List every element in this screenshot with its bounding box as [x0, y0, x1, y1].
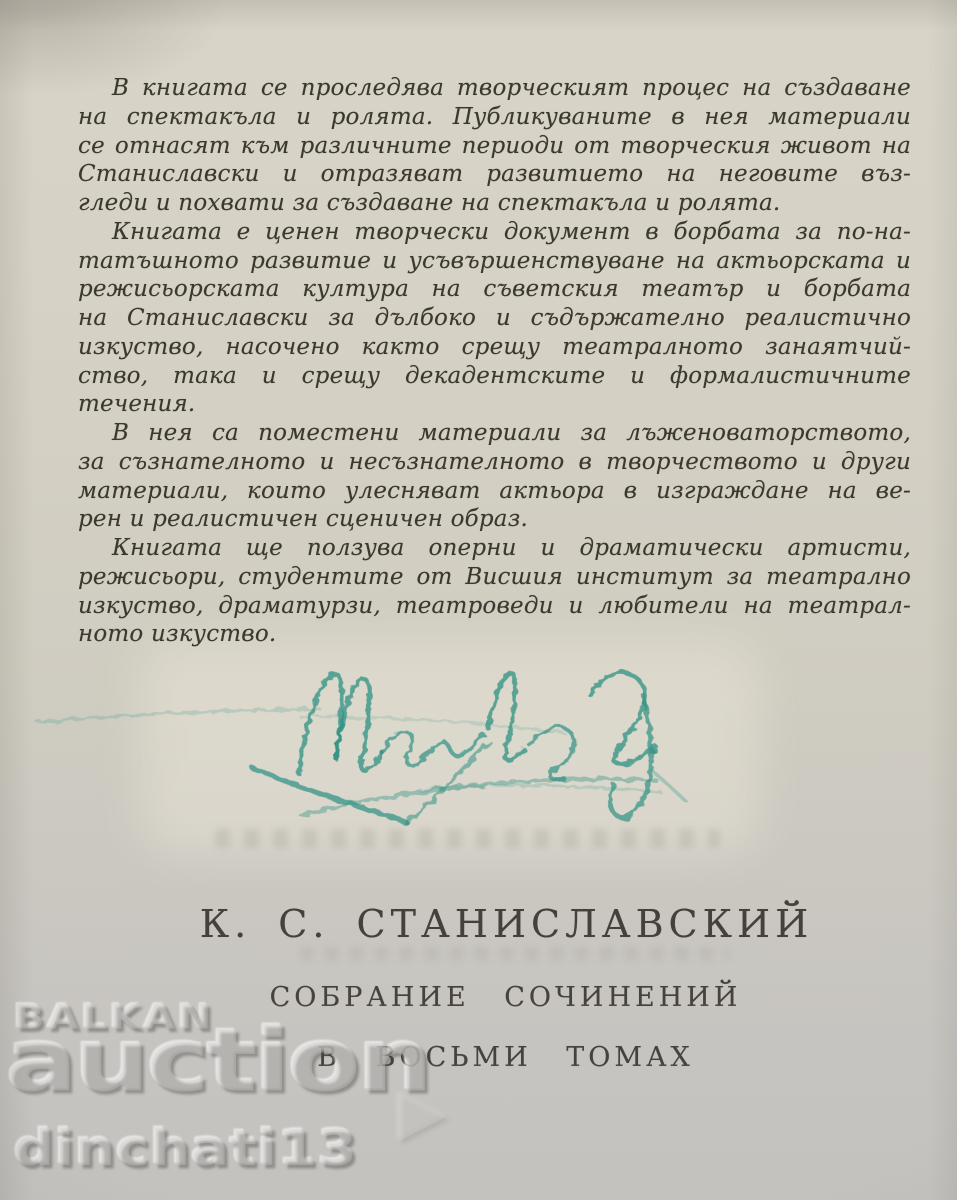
text-line: В книгата се проследява творческият проц… [78, 74, 911, 103]
text-line: на Станиславски за дълбоко и съдържателн… [78, 304, 911, 333]
annotation-text-block: В книгата се проследява творческият проц… [78, 74, 911, 649]
text-line: Станиславски и отразяват развитието на н… [78, 160, 911, 189]
text-line: режисьори, студентите от Висшия институт… [78, 563, 911, 592]
show-through-smudge [300, 947, 730, 960]
text-line: изкуство, драматурзи, театроведи и любит… [78, 592, 911, 621]
text-line: за съзнателното и несъзнателното в творч… [78, 448, 911, 477]
series-title-line2: В ВОСЬМИ ТОМАХ [27, 1042, 957, 1073]
handwritten-signature [18, 639, 712, 866]
text-line: изкуство, насочено както срещу театрално… [78, 333, 911, 362]
text-line: Книгата е ценен творчески документ в бор… [78, 218, 911, 247]
text-line: Книгата ще ползува оперни и драматически… [78, 534, 911, 563]
author-title: К. С. СТАНИСЛАВСКИЙ [28, 902, 957, 946]
text-line: гледи и похвати за създаване на спектакъ… [78, 189, 911, 218]
text-line: рен и реалистичен сценичен образ. [78, 505, 911, 534]
watermark-username: dinchati13 [14, 1120, 358, 1177]
text-line: ство, така и срещу декадентските и форма… [78, 362, 911, 391]
play-triangle-icon [399, 1093, 446, 1141]
text-line: материали, които улесняват актьора в изг… [78, 477, 911, 506]
text-line: се отнасят към различните периоди от тво… [78, 132, 911, 161]
signature-strokes [37, 667, 688, 828]
text-line: течения. [78, 390, 911, 419]
book-page-photo: В книгата се проследява творческият проц… [0, 0, 957, 1200]
text-line: режисьорската култура на съветския театъ… [78, 275, 911, 304]
series-title-line1: СОБРАНИЕ СОЧИНЕНИЙ [27, 982, 957, 1013]
text-line: В нея са поместени материали за лъженова… [78, 419, 911, 448]
text-line: на спектакъла и ролята. Публикуваните в … [78, 103, 911, 132]
text-line: татъшното развитие и усъвършенствуване н… [78, 247, 911, 276]
